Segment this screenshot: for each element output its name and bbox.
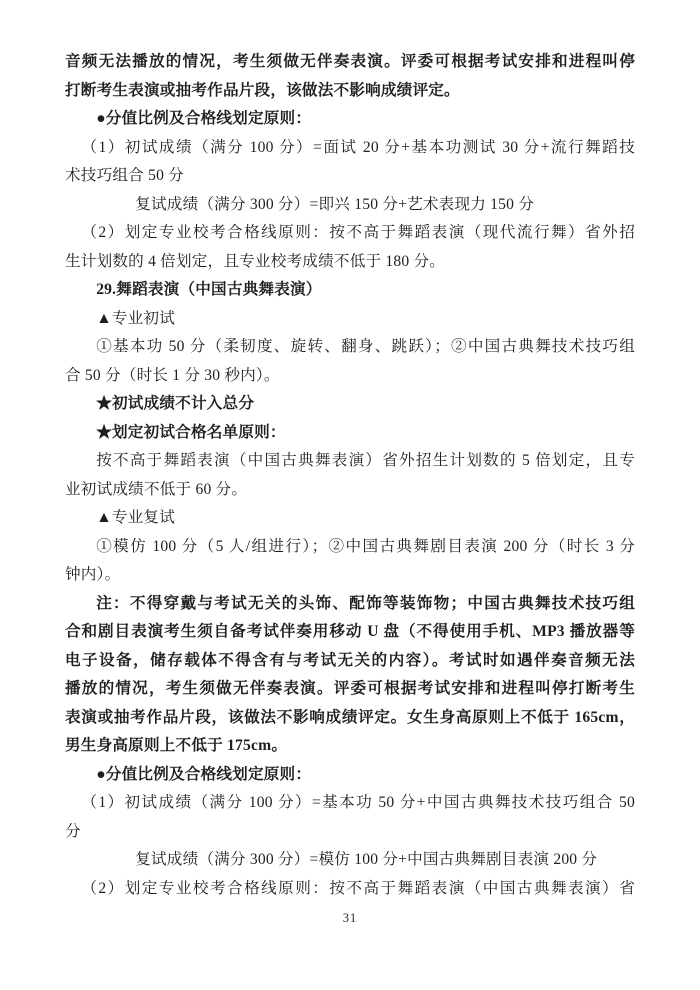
paragraph-line: 合 50 分（时长 1 分 30 秒内）。 (65, 362, 635, 391)
bullet-heading: ●分值比例及合格线划定原则： (65, 105, 635, 134)
paragraph-line: （2）划定专业校考合格线原则：按不高于舞蹈表演（现代流行舞）省外招 (65, 219, 635, 248)
note-line: 播放的情况，考生须做无伴奏表演。评委可根据考试安排和进程叫停打断考生 (65, 675, 635, 704)
page-number: 31 (0, 911, 700, 926)
subsection-heading: ▲专业初试 (65, 305, 635, 334)
paragraph-line: 按不高于舞蹈表演（中国古典舞表演）省外招生计划数的 5 倍划定，且专 (65, 447, 635, 476)
paragraph-line: 术技巧组合 50 分 (65, 162, 635, 191)
paragraph-line: 钟内）。 (65, 561, 635, 590)
note-line: 表演或抽考作品片段，该做法不影响成绩评定。女生身高原则上不低于 165cm， (65, 704, 635, 733)
star-note: ★初试成绩不计入总分 (65, 390, 635, 419)
paragraph-line: 分 (65, 818, 635, 847)
document-body: 音频无法播放的情况，考生须做无伴奏表演。评委可根据考试安排和进程叫停 打断考生表… (65, 48, 635, 903)
note-line: 男生身高原则上不低于 175cm。 (65, 732, 635, 761)
note-line: 合和剧目表演考生须自备考试伴奏用移动 U 盘（不得使用手机、MP3 播放器等 (65, 618, 635, 647)
document-page: 音频无法播放的情况，考生须做无伴奏表演。评委可根据考试安排和进程叫停 打断考生表… (0, 0, 700, 990)
bullet-heading: ●分值比例及合格线划定原则： (65, 761, 635, 790)
paragraph-line: 复试成绩（满分 300 分）=即兴 150 分+艺术表现力 150 分 (65, 191, 635, 220)
paragraph-line: 生计划数的 4 倍划定，且专业校考成绩不低于 180 分。 (65, 248, 635, 277)
paragraph-line: （2）划定专业校考合格线原则：按不高于舞蹈表演（中国古典舞表演）省 (65, 875, 635, 904)
note-line: 注：不得穿戴与考试无关的头饰、配饰等装饰物；中国古典舞技术技巧组 (65, 590, 635, 619)
paragraph-line: ①模仿 100 分（5 人/组进行）；②中国古典舞剧目表演 200 分（时长 3… (65, 533, 635, 562)
paragraph-line: ①基本功 50 分（柔韧度、旋转、翻身、跳跃）；②中国古典舞技术技巧组 (65, 333, 635, 362)
paragraph-line: 打断考生表演或抽考作品片段，该做法不影响成绩评定。 (65, 77, 635, 106)
paragraph-line: （1）初试成绩（满分 100 分）=面试 20 分+基本功测试 30 分+流行舞… (65, 134, 635, 163)
paragraph-line: 音频无法播放的情况，考生须做无伴奏表演。评委可根据考试安排和进程叫停 (65, 48, 635, 77)
subsection-heading: ▲专业复试 (65, 504, 635, 533)
paragraph-line: （1）初试成绩（满分 100 分）=基本功 50 分+中国古典舞技术技巧组合 5… (65, 789, 635, 818)
paragraph-line: 复试成绩（满分 300 分）=模仿 100 分+中国古典舞剧目表演 200 分 (65, 846, 635, 875)
section-heading: 29.舞蹈表演（中国古典舞表演） (65, 276, 635, 305)
note-line: 电子设备，储存载体不得含有与考试无关的内容）。考试时如遇伴奏音频无法 (65, 647, 635, 676)
star-note: ★划定初试合格名单原则： (65, 419, 635, 448)
paragraph-line: 业初试成绩不低于 60 分。 (65, 476, 635, 505)
